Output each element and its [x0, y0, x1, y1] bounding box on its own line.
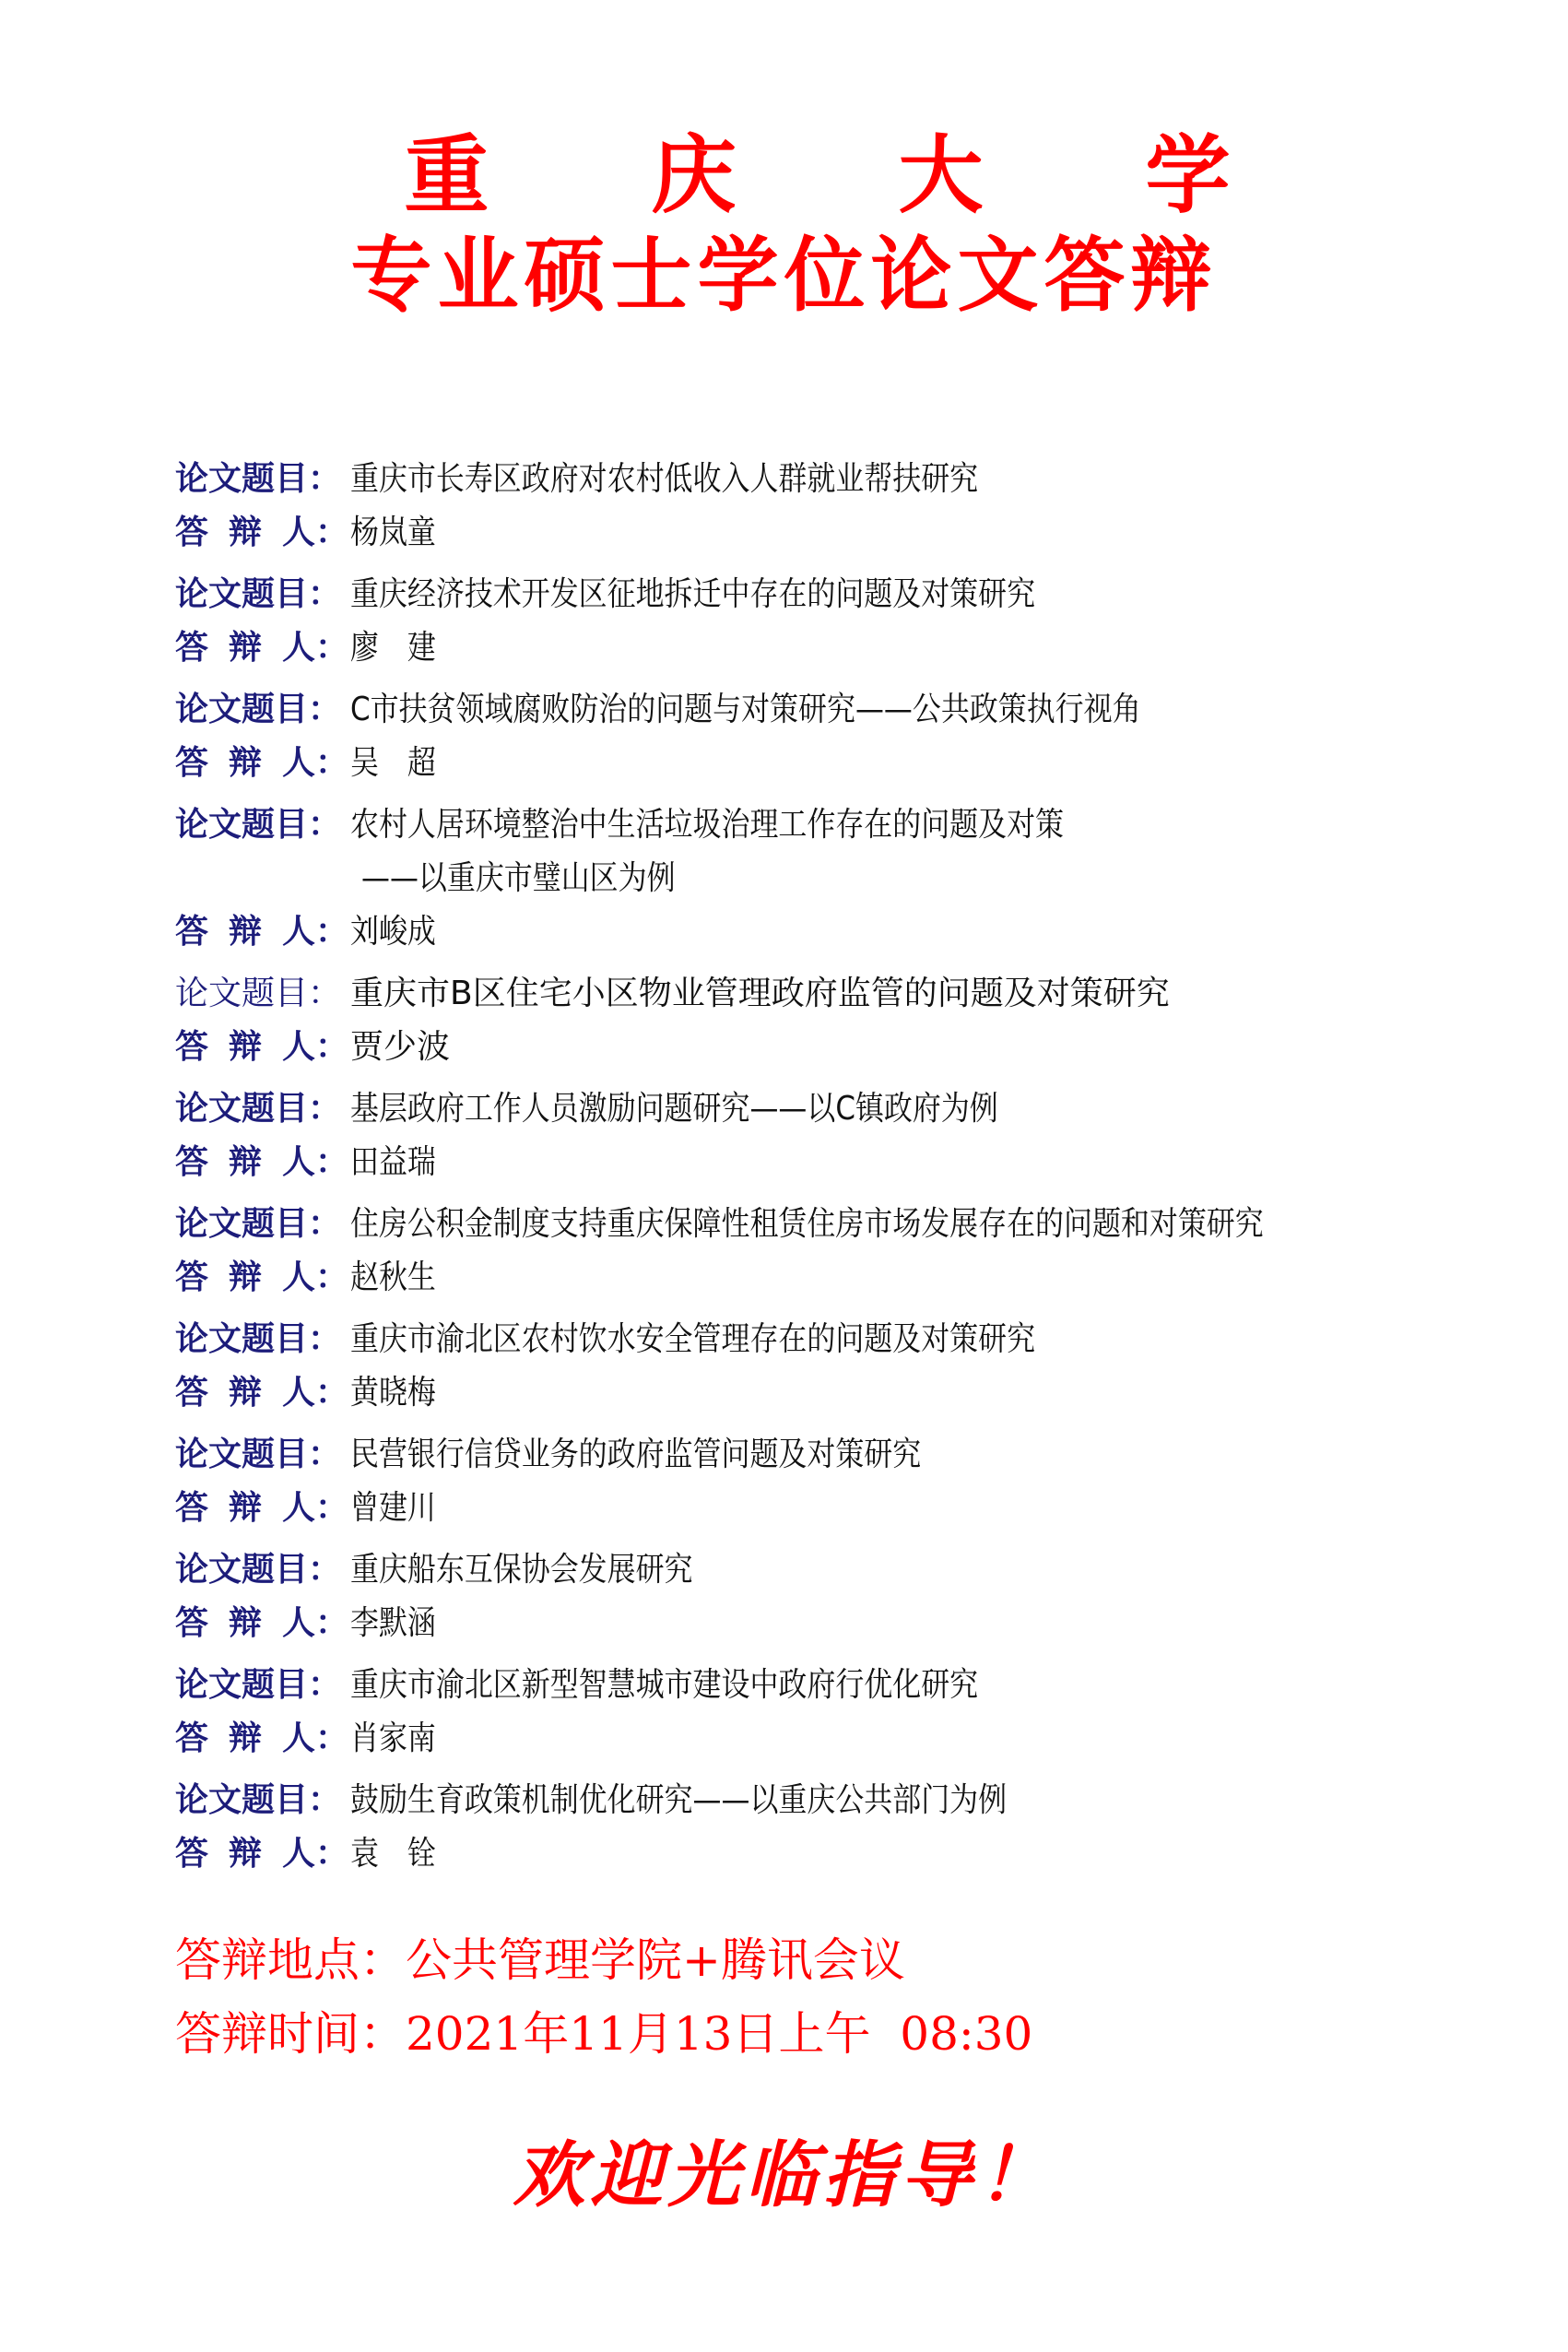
defender-name: 杨岚童 — [350, 510, 436, 556]
label-char: 答 — [175, 1140, 208, 1186]
thesis-title-label: 论文题目： — [175, 1778, 350, 1824]
defender-label: 答辩人： — [175, 1716, 350, 1762]
defender-row: 答辩人：吴 超 — [175, 740, 450, 786]
thesis-title-value: 住房公积金制度支持重庆保障性租赁住房市场发展存在的问题和对策研究 — [350, 1201, 1264, 1247]
defense-time: 答辩时间：2021年11月13日上午 08:30 — [175, 2006, 1032, 2062]
thesis-title-row: 论文题目：民营银行信贷业务的政府监管问题及对策研究 — [175, 1432, 1014, 1478]
thesis-title-row: 论文题目：重庆船东互保协会发展研究 — [175, 1547, 749, 1593]
label-char: 答 — [175, 1024, 208, 1070]
label-char: 辩 — [229, 1024, 262, 1070]
label-char: 答 — [175, 1716, 208, 1762]
thesis-title-row: 论文题目：重庆市渝北区农村饮水安全管理存在的问题及对策研究 — [175, 1317, 1147, 1363]
thesis-title-row: 论文题目：重庆市渝北区新型智慧城市建设中政府行优化研究 — [175, 1662, 1080, 1708]
label-char: 人： — [282, 510, 348, 556]
defender-row: 答辩人：刘峻成 — [175, 909, 450, 955]
defender-label: 答辩人： — [175, 1024, 350, 1070]
defender-label: 答辩人： — [175, 1370, 350, 1416]
label-char: 答 — [175, 1831, 208, 1877]
defender-name: 贾少波 — [350, 1024, 450, 1070]
thesis-title-value: 重庆市B区住宅小区物业管理政府监管的问题及对策研究 — [350, 971, 1170, 1017]
defender-row: 答辩人：李默涵 — [175, 1601, 450, 1647]
label-char: 辩 — [229, 909, 262, 955]
label-char: 辩 — [229, 510, 262, 556]
defender-row: 答辩人：杨岚童 — [175, 510, 450, 556]
event-title: 专业硕士学位论文答辩 — [0, 229, 1568, 321]
label-char: 辩 — [229, 1716, 262, 1762]
thesis-title-subtitle: ——以重庆市璧山区为例 — [361, 856, 676, 902]
defender-row: 答辩人：曾建川 — [175, 1485, 450, 1531]
welcome-message: 欢迎光临指导！ — [0, 2130, 1568, 2222]
defender-label: 答辩人： — [175, 625, 350, 671]
label-char: 答 — [175, 1485, 208, 1531]
label-char: 辩 — [229, 740, 262, 786]
label-char: 答 — [175, 1601, 208, 1647]
label-char: 辩 — [229, 625, 262, 671]
defender-row: 答辩人：袁 铨 — [175, 1831, 450, 1877]
defender-label: 答辩人： — [175, 1485, 350, 1531]
thesis-title-value: 重庆市渝北区农村饮水安全管理存在的问题及对策研究 — [350, 1317, 1035, 1363]
label-char: 答 — [175, 625, 208, 671]
defender-name: 吴 超 — [350, 740, 436, 786]
label-char: 人： — [282, 1601, 348, 1647]
thesis-title-value: 基层政府工作人员激励问题研究——以C镇政府为例 — [350, 1086, 998, 1132]
defender-label: 答辩人： — [175, 1831, 350, 1877]
university-name: 重 庆 大 学 — [0, 129, 1568, 221]
location-value: 公共管理学院+腾讯会议 — [406, 1932, 905, 1988]
thesis-title-value: 重庆船东互保协会发展研究 — [350, 1547, 693, 1593]
label-char: 人： — [282, 740, 348, 786]
label-char: 人： — [282, 625, 348, 671]
defender-label: 答辩人： — [175, 1140, 350, 1186]
label-char: 人： — [282, 1024, 348, 1070]
thesis-title-value: 重庆市长寿区政府对农村低收入人群就业帮扶研究 — [350, 456, 978, 502]
label-char: 辩 — [229, 1370, 262, 1416]
thesis-title-row: 论文题目：住房公积金制度支持重庆保障性租赁住房市场发展存在的问题和对策研究 — [175, 1201, 1412, 1247]
thesis-title-row: 论文题目：农村人居环境整治中生活垃圾治理工作存在的问题及对策 — [175, 802, 1180, 848]
defender-name: 曾建川 — [350, 1485, 436, 1531]
thesis-title-row: 论文题目：重庆市长寿区政府对农村低收入人群就业帮扶研究 — [175, 456, 1080, 502]
defender-name: 赵秋生 — [350, 1255, 436, 1301]
thesis-title-value: 重庆市渝北区新型智慧城市建设中政府行优化研究 — [350, 1662, 978, 1708]
thesis-title-label: 论文题目： — [175, 971, 350, 1017]
thesis-title-label: 论文题目： — [175, 456, 350, 502]
thesis-title-label: 论文题目： — [175, 687, 350, 733]
time-value: 2021年11月13日上午 08:30 — [406, 2006, 1032, 2062]
label-char: 人： — [282, 909, 348, 955]
thesis-title-label: 论文题目： — [175, 802, 350, 848]
label-char: 答 — [175, 1255, 208, 1301]
defender-name: 肖家南 — [350, 1716, 436, 1762]
defender-label: 答辩人： — [175, 510, 350, 556]
thesis-title-value: 民营银行信贷业务的政府监管问题及对策研究 — [350, 1432, 921, 1478]
thesis-title-value: C市扶贫领域腐败防治的问题与对策研究——公共政策执行视角 — [350, 687, 1141, 733]
label-char: 答 — [175, 510, 208, 556]
thesis-title-continuation: ——以重庆市璧山区为例 — [361, 856, 726, 902]
defender-name: 李默涵 — [350, 1601, 436, 1647]
thesis-title-value: 农村人居环境整治中生活垃圾治理工作存在的问题及对策 — [350, 802, 1064, 848]
thesis-title-value: 重庆经济技术开发区征地拆迁中存在的问题及对策研究 — [350, 572, 1035, 618]
defender-name: 黄晓梅 — [350, 1370, 436, 1416]
defender-label: 答辩人： — [175, 909, 350, 955]
thesis-title-row: 论文题目：重庆市B区住宅小区物业管理政府监管的问题及对策研究 — [175, 971, 1170, 1017]
defender-label: 答辩人： — [175, 1601, 350, 1647]
label-char: 人： — [282, 1140, 348, 1186]
defender-row: 答辩人：廖 建 — [175, 625, 450, 671]
defender-row: 答辩人：赵秋生 — [175, 1255, 450, 1301]
label-char: 辩 — [229, 1140, 262, 1186]
thesis-title-row: 论文题目：重庆经济技术开发区征地拆迁中存在的问题及对策研究 — [175, 572, 1147, 618]
time-label: 答辩时间： — [175, 2006, 406, 2062]
label-char: 人： — [282, 1255, 348, 1301]
label-char: 辩 — [229, 1255, 262, 1301]
thesis-title-label: 论文题目： — [175, 1086, 350, 1132]
label-char: 辩 — [229, 1485, 262, 1531]
thesis-title-row: 论文题目：鼓励生育政策机制优化研究——以重庆公共部门为例 — [175, 1778, 1114, 1824]
defender-name: 刘峻成 — [350, 909, 436, 955]
defender-name: 田益瑞 — [350, 1140, 436, 1186]
thesis-title-label: 论文题目： — [175, 1201, 350, 1247]
label-char: 答 — [175, 909, 208, 955]
thesis-title-row: 论文题目：基层政府工作人员激励问题研究——以C镇政府为例 — [175, 1086, 1103, 1132]
label-char: 人： — [282, 1485, 348, 1531]
thesis-title-value: 鼓励生育政策机制优化研究——以重庆公共部门为例 — [350, 1778, 1007, 1824]
location-label: 答辩地点： — [175, 1932, 406, 1988]
defender-row: 答辩人：贾少波 — [175, 1024, 450, 1070]
thesis-title-label: 论文题目： — [175, 1432, 350, 1478]
defender-row: 答辩人：黄晓梅 — [175, 1370, 450, 1416]
defense-location: 答辩地点：公共管理学院+腾讯会议 — [175, 1932, 905, 1988]
label-char: 辩 — [229, 1601, 262, 1647]
defender-label: 答辩人： — [175, 1255, 350, 1301]
thesis-title-row: 论文题目：C市扶贫领域腐败防治的问题与对策研究——公共政策执行视角 — [175, 687, 1269, 733]
defender-row: 答辩人：田益瑞 — [175, 1140, 450, 1186]
thesis-title-label: 论文题目： — [175, 572, 350, 618]
label-char: 人： — [282, 1370, 348, 1416]
thesis-title-label: 论文题目： — [175, 1317, 350, 1363]
label-char: 人： — [282, 1831, 348, 1877]
thesis-title-label: 论文题目： — [175, 1547, 350, 1593]
label-char: 人： — [282, 1716, 348, 1762]
defender-row: 答辩人：肖家南 — [175, 1716, 450, 1762]
defender-label: 答辩人： — [175, 740, 350, 786]
defender-name: 廖 建 — [350, 625, 436, 671]
thesis-title-label: 论文题目： — [175, 1662, 350, 1708]
label-char: 辩 — [229, 1831, 262, 1877]
defender-name: 袁 铨 — [350, 1831, 436, 1877]
label-char: 答 — [175, 740, 208, 786]
label-char: 答 — [175, 1370, 208, 1416]
